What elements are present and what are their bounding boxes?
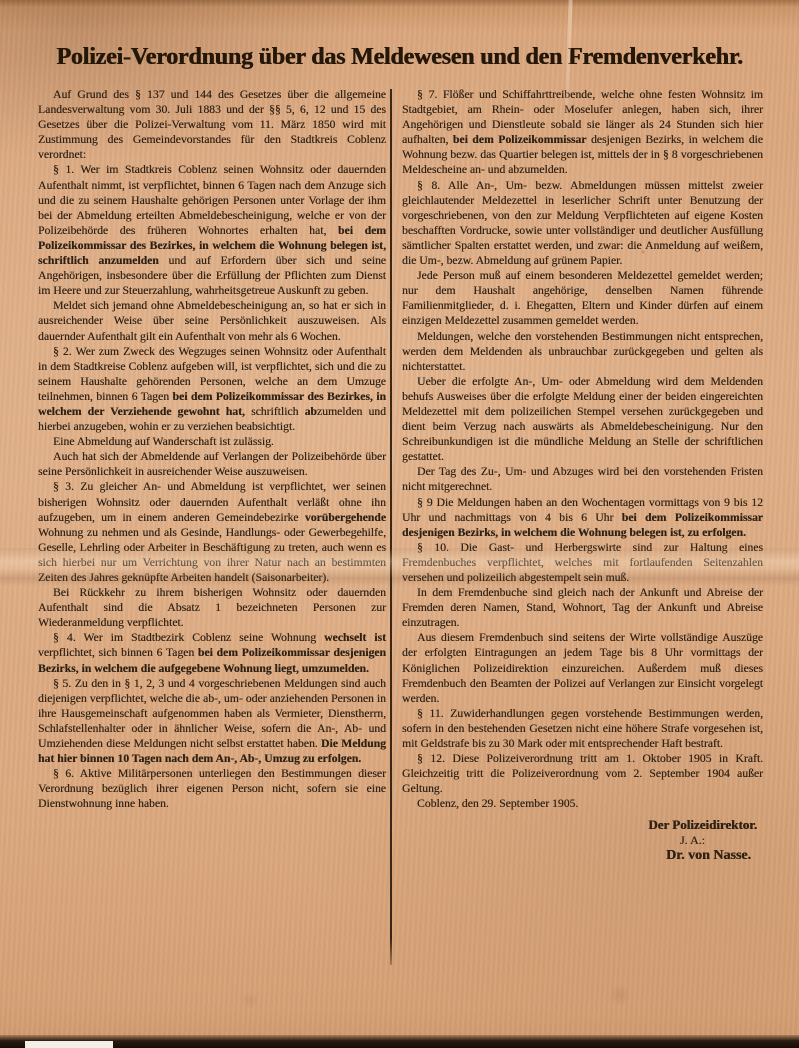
- right-column: § 7. Flößer und Schiffahrttreibende, wel…: [402, 87, 763, 863]
- text: Jede Person muß auf einem besonderen Mel…: [402, 269, 763, 327]
- text: verpflichtet, sich binnen 6 Tagen: [38, 646, 198, 659]
- paragraph: § 2. Wer zum Zweck des Wegzuges seinen W…: [38, 344, 386, 435]
- left-column: Auf Grund des § 137 und 144 des Gesetzes…: [38, 87, 386, 812]
- scan-background-sliver: [25, 1041, 113, 1048]
- text: Coblenz, den 29. September 1905.: [417, 797, 578, 810]
- signature-role: Der Polizeidirektor.: [402, 817, 763, 832]
- paragraph: § 3. Zu gleicher An- und Abmeldung ist v…: [38, 479, 386, 585]
- text: In dem Fremdenbuche sind gleich nach der…: [402, 586, 763, 629]
- text: § 10. Die Gast- und Herbergswirte sind z…: [402, 541, 763, 584]
- bold-text: bei dem Polizeikommissar: [453, 133, 587, 146]
- paragraph: § 4. Wer im Stadtbezirk Coblenz seine Wo…: [38, 630, 386, 675]
- text: schriftlich: [245, 405, 305, 418]
- paragraph: Bei Rückkehr zu ihrem bisherigen Wohnsit…: [38, 585, 386, 630]
- paragraph: § 6. Aktive Militärpersonen unterliegen …: [38, 766, 386, 811]
- paragraph: § 7. Flößer und Schiffahrttreibende, wel…: [402, 87, 763, 178]
- paragraph: § 10. Die Gast- und Herbergswirte sind z…: [402, 540, 763, 585]
- page-top-edge: [0, 0, 799, 7]
- text: Auf Grund des § 137 und 144 des Gesetzes…: [38, 88, 386, 161]
- text: Meldungen, welche den vorstehenden Besti…: [402, 330, 763, 373]
- paragraph: § 9 Die Meldungen haben an den Wochentag…: [402, 495, 763, 540]
- paragraph: § 8. Alle An-, Um- bezw. Abmeldungen müs…: [402, 178, 763, 269]
- document-page: Polizei-Verordnung über das Meldewesen u…: [0, 0, 799, 1048]
- paragraph: § 12. Diese Polizeiverordnung tritt am 1…: [402, 751, 763, 796]
- paragraph: Coblenz, den 29. September 1905.: [402, 796, 763, 811]
- text: § 6. Aktive Militärpersonen unterliegen …: [38, 767, 386, 810]
- text: Ueber die erfolgte An-, Um- oder Abmeldu…: [402, 375, 763, 463]
- paragraph: Jede Person muß auf einem besonderen Mel…: [402, 268, 763, 328]
- paragraph: Meldet sich jemand ohne Abmeldebescheini…: [38, 298, 386, 343]
- paragraph: In dem Fremdenbuche sind gleich nach der…: [402, 585, 763, 630]
- document-title: Polizei-Verordnung über das Meldewesen u…: [0, 44, 799, 71]
- text: Wohnung zu nehmen und als Gesinde, Handl…: [38, 526, 386, 584]
- signature-name: Dr. von Nasse.: [402, 848, 763, 863]
- paragraph: Der Tag des Zu-, Um- und Abzuges wird be…: [402, 464, 763, 494]
- text: § 8. Alle An-, Um- bezw. Abmeldungen müs…: [402, 179, 763, 267]
- page-edge-shadow: [0, 1035, 799, 1048]
- bold-text: vorübergehende: [305, 511, 386, 524]
- bold-text: ab: [305, 405, 317, 418]
- signature-block: Der Polizeidirektor. J. A.: Dr. von Nass…: [402, 817, 763, 863]
- paragraph: Aus diesem Fremdenbuch sind seitens der …: [402, 630, 763, 705]
- text: Eine Abmeldung auf Wanderschaft ist zulä…: [53, 435, 274, 448]
- signature-initials: J. A.:: [402, 833, 763, 848]
- bold-text: wechselt ist: [324, 631, 386, 644]
- text: § 11. Zuwiderhandlungen gegen vorstehend…: [402, 707, 763, 750]
- text: Aus diesem Fremdenbuch sind seitens der …: [402, 631, 763, 704]
- paragraph: § 11. Zuwiderhandlungen gegen vorstehend…: [402, 706, 763, 751]
- text: Auch hat sich der Abmeldende auf Verlang…: [38, 450, 386, 478]
- paragraph: § 5. Zu den in § 1, 2, 3 und 4 vorgeschr…: [38, 676, 386, 767]
- text: § 1. Wer im Stadtkreis Coblenz seinen Wo…: [38, 163, 386, 236]
- text: § 12. Diese Polizeiverordnung tritt am 1…: [402, 752, 763, 795]
- paragraph: Auch hat sich der Abmeldende auf Verlang…: [38, 449, 386, 479]
- paragraph: Auf Grund des § 137 und 144 des Gesetzes…: [38, 87, 386, 162]
- paragraph: § 1. Wer im Stadtkreis Coblenz seinen Wo…: [38, 162, 386, 298]
- text: Meldet sich jemand ohne Abmeldebescheini…: [38, 299, 386, 342]
- text: § 4. Wer im Stadtbezirk Coblenz seine Wo…: [53, 631, 324, 644]
- paragraph: Ueber die erfolgte An-, Um- oder Abmeldu…: [402, 374, 763, 465]
- paragraph: Eine Abmeldung auf Wanderschaft ist zulä…: [38, 434, 386, 449]
- paragraph: Meldungen, welche den vorstehenden Besti…: [402, 329, 763, 374]
- right-column-paragraphs: § 7. Flößer und Schiffahrttreibende, wel…: [402, 87, 763, 812]
- column-divider: [390, 89, 392, 965]
- text: Bei Rückkehr zu ihrem bisherigen Wohnsit…: [38, 586, 386, 629]
- text: Der Tag des Zu-, Um- und Abzuges wird be…: [402, 465, 763, 493]
